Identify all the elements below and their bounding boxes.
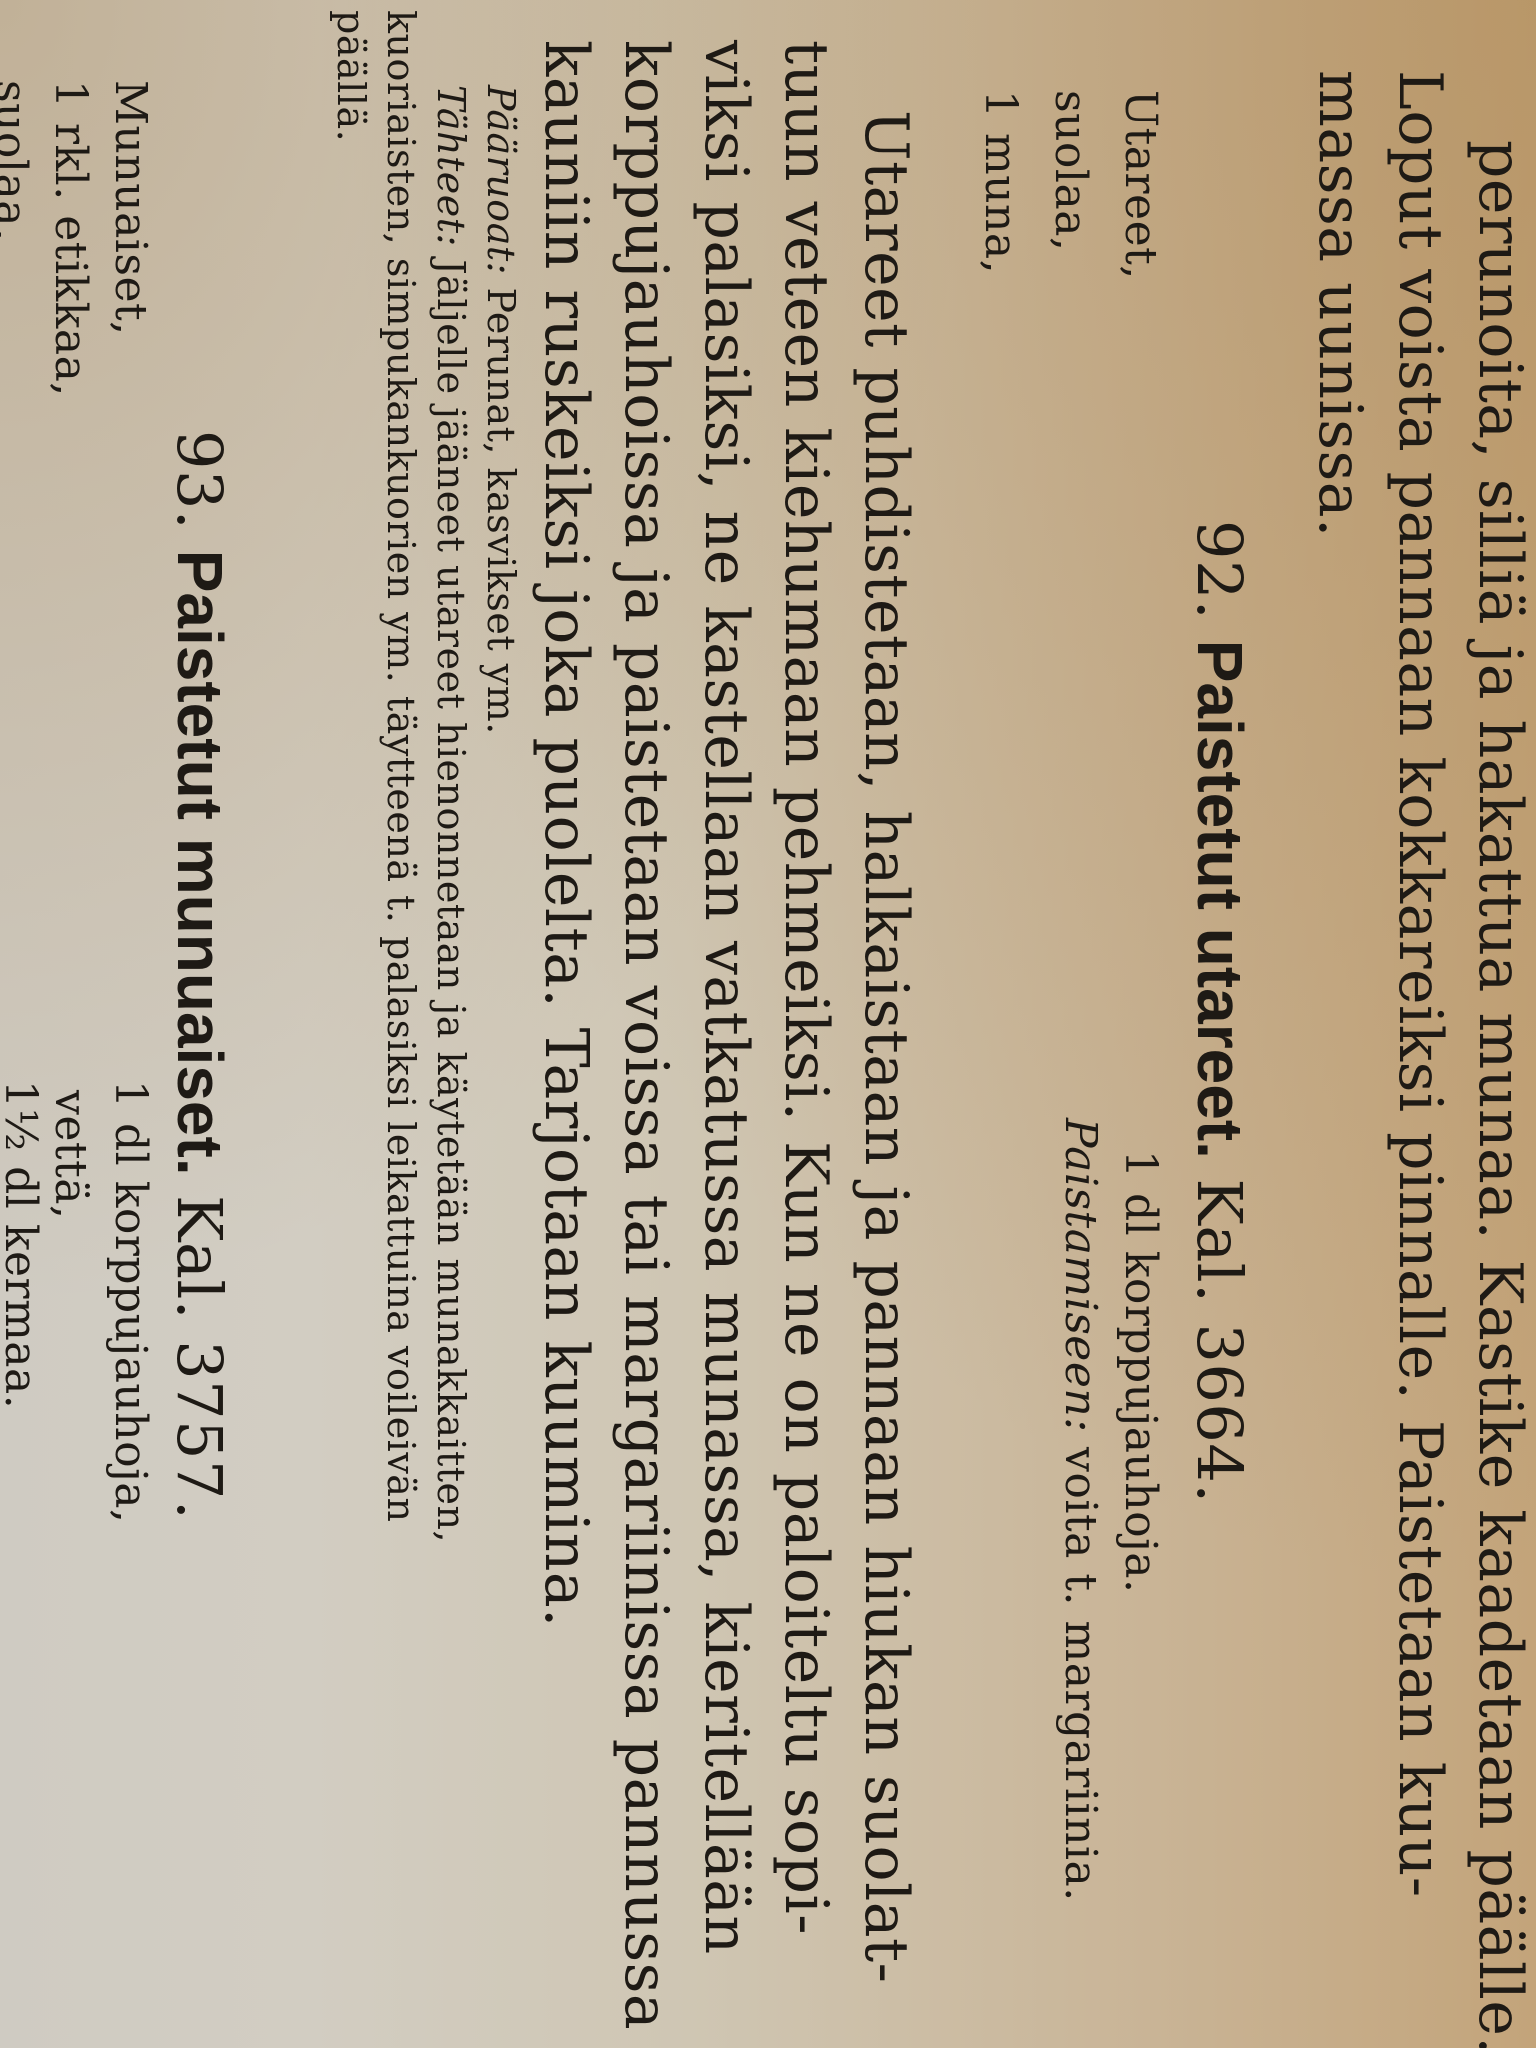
recipe-title: Paistetut utareet. [1184, 640, 1256, 1159]
text-line: kauniin ruskeiksi joka puolelta. Tarjota… [526, 40, 606, 1628]
recipe-93-heading: 93. Paistetut munuaiset. Kal. 3757. [158, 430, 240, 1520]
leftovers-label: Tähteet: [429, 85, 473, 247]
ingredient: 1 dl korppujauhoja, [100, 1080, 160, 1523]
ingredient: Utareet, [1110, 90, 1170, 280]
text-line: päällä. [326, 10, 376, 142]
recipe-number: 92. [1183, 520, 1256, 620]
main-courses-text: Perunat, kasvikset ym. [479, 288, 523, 735]
leftovers-text: Jäljelle jääneet utareet hienonnetaan ja… [429, 259, 473, 1543]
recipe-title: Paistetut munuaiset. [164, 550, 236, 1176]
frying-label: Paistamiseen: [1055, 1118, 1106, 1433]
text-line: korppujauhoissa ja paistetaan voissa tai… [606, 40, 686, 2030]
frying-note: Paistamiseen: voita t. margariinia. [1050, 1118, 1110, 1902]
text-line: viksi palasiksi, ne kastellaan vatkatuss… [686, 40, 766, 1955]
ingredient: 1 rkl. etikkaa, [40, 80, 100, 397]
ingredient: 1½ dl kermaa. [0, 1080, 50, 1409]
ingredient: Munuaiset, [100, 80, 160, 336]
text-line: Utareet puhdistetaan, halkaistaan ja pan… [846, 110, 926, 1983]
recipe-number: 93. [163, 430, 236, 530]
cookbook-page: perunoita, silliä ja hakattua munaa. Kas… [0, 0, 1536, 2048]
photo-viewport: perunoita, silliä ja hakattua munaa. Kas… [0, 0, 1536, 2048]
text-line: kuoriaisten, simpukankuorien ym. täyttee… [376, 10, 426, 1522]
recipe-calories: Kal. 3664. [1183, 1179, 1256, 1504]
text-line: tuun veteen kiehumaan pehmeiksi. Kun ne … [766, 40, 846, 1935]
ingredient: suolaa, [1040, 90, 1100, 251]
recipe-calories: Kal. 3757. [163, 1195, 236, 1520]
text-line: perunoita, silliä ja hakattua munaa. Kas… [1460, 140, 1536, 2048]
frying-text: voita t. margariinia. [1055, 1447, 1106, 1902]
ingredient: 1 muna, [970, 90, 1030, 274]
ingredient: suolaa, [0, 80, 40, 241]
main-courses-note: Pääruoat: Perunat, kasvikset ym. [476, 85, 526, 735]
text-line: Loput voista pannaan kokkareiksi pinnall… [1380, 70, 1460, 1898]
main-courses-label: Pääruoat: [479, 85, 523, 275]
leftovers-note: Tähteet: Jäljelle jääneet utareet hienon… [426, 85, 476, 1543]
ingredient: 1 dl korppujauhoja. [1110, 1150, 1170, 1593]
text-line: massa uunissa. [1300, 70, 1380, 538]
recipe-92-heading: 92. Paistetut utareet. Kal. 3664. [1178, 520, 1260, 1504]
